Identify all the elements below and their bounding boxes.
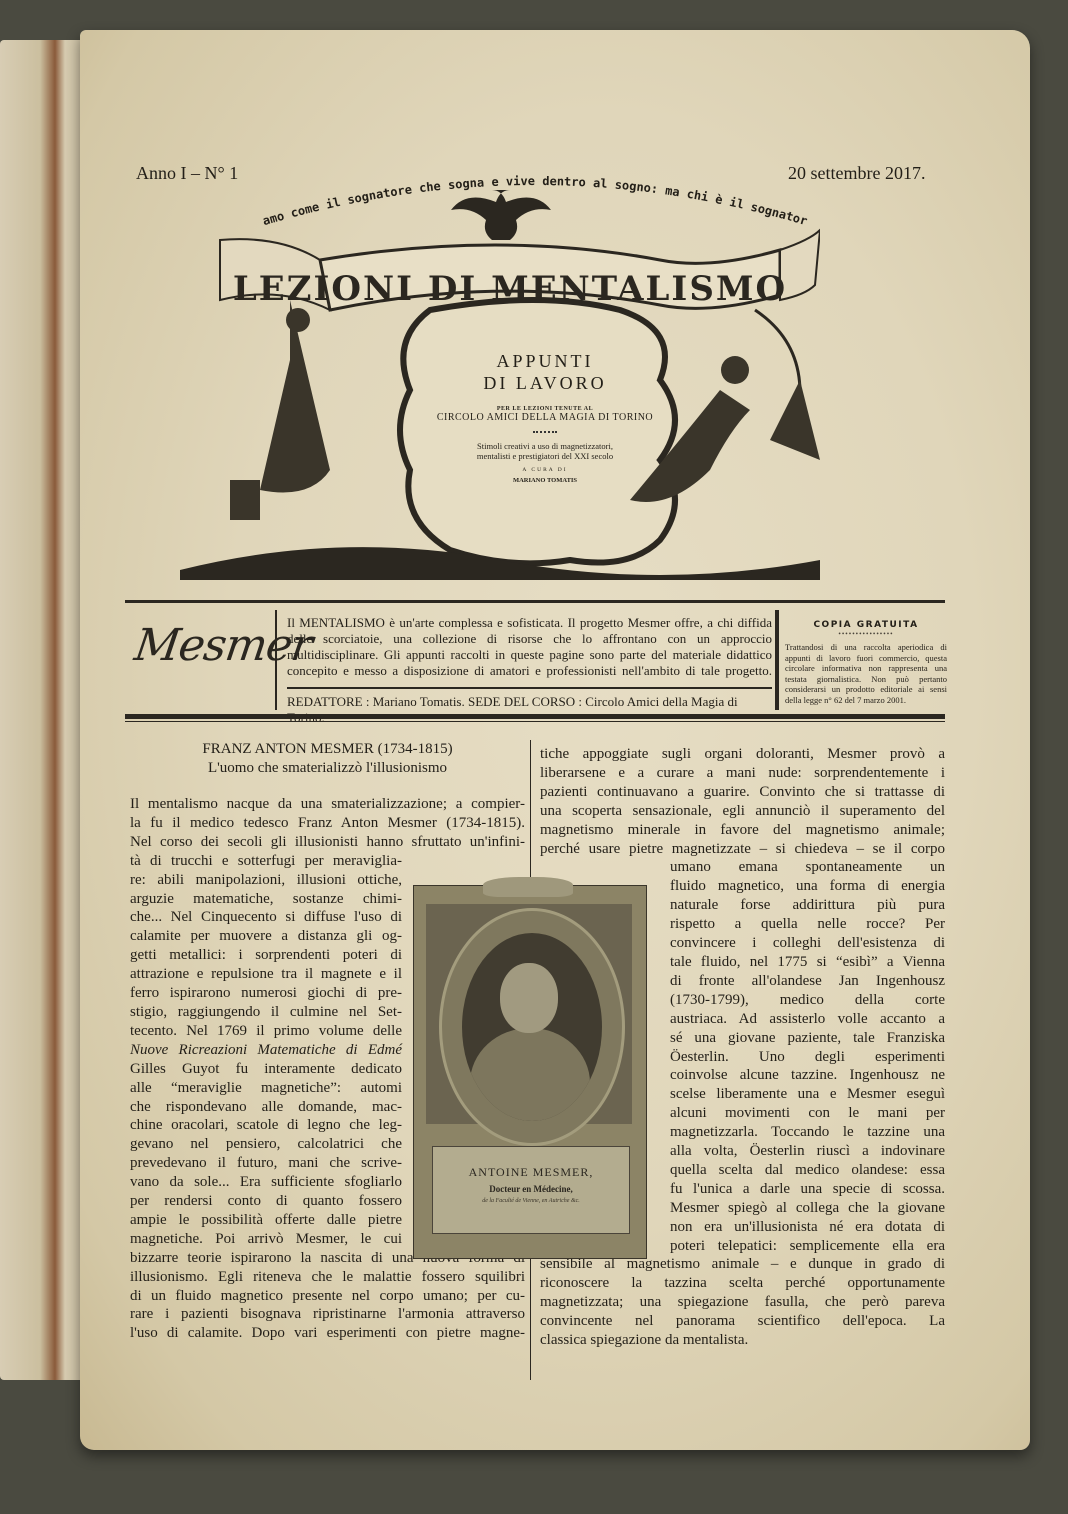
curator-name: MARIANO TOMATIS [430,477,660,484]
text-line: una scoperta sensazionale, egli annunciò… [540,802,945,821]
text-line: per rendersi conto di quanto fossero [130,1192,402,1211]
bottom-rule-thin [125,721,945,722]
stimoli-line1: Stimoli creativi a uso di magnetizzatori… [430,441,660,451]
text-line: fu l'unica a darle una specie di scossa. [670,1180,945,1199]
text-line: rare i pazienti bisognava ripristinarne … [130,1305,525,1324]
text-line: austriaca. Ad assisterlo volle accanto a [670,1010,945,1029]
text-line: che... Nel Cinquecento si diffuse l'uso … [130,908,402,927]
portrait-name: ANTOINE MESMER, [433,1165,629,1180]
ornament-dots: •••••••••••••••• [785,630,947,638]
text-line: stigio, raggiungendo il culmine nel Set- [130,1003,402,1022]
text-line: di un fluido magnetico presente nel corp… [130,1287,525,1306]
article-heading: FRANZ ANTON MESMER (1734-1815) L'uomo ch… [130,740,525,778]
redattore-label: REDATTORE [287,694,363,709]
text-line: tiche appoggiate sugli organi doloranti,… [540,745,945,764]
intro-line: Il MENTALISMO è un'arte complessa e sofi… [287,615,772,631]
portrait-plaque: ANTOINE MESMER, Docteur en Médecine, de … [432,1146,630,1234]
intro-line: delle scorciatoie, una collezione di ris… [287,631,772,647]
text-line: alle “meraviglie magnetiche”: automi [130,1079,402,1098]
text-line: chine oracolari, scatole di legno che le… [130,1116,402,1135]
text-line: magnetiche. Poi arrivò Mesmer, le cui [130,1230,402,1249]
text-line: quella scelta dal medico olandese: essa [670,1161,945,1180]
eagle-icon [451,190,551,240]
copia-gratuita-box: COPIA GRATUITA •••••••••••••••• Trattand… [785,620,947,705]
text-line: Gilles Guyot fu interamente dedicato [130,1060,402,1079]
text-line: alla volta, Öesterlin riuscì a indovinar… [670,1142,945,1161]
text-line: calamite per muovere a distanza gli og- [130,927,402,946]
circolo-name: CIRCOLO AMICI DELLA MAGIA DI TORINO [430,412,660,423]
portrait-subtitle: de la Faculté de Vienne, en Autriche &c. [433,1198,629,1204]
text-line: tecento. Nel 1769 il primo volume delle [130,1022,402,1041]
text-line: ampie le possibilità offerte dalle pietr… [130,1211,402,1230]
text-line: illusionismo. Egli riteneva che le malat… [130,1268,525,1287]
top-rule [125,600,945,603]
mesmer-portrait: ANTOINE MESMER, Docteur en Médecine, de … [413,877,645,1257]
text-line: gevano nel pensiero, calcolatrici che [130,1135,402,1154]
text-line: classica spiegazione da mentalista. [540,1331,945,1350]
intro-rule [287,687,772,689]
vertical-rule [275,610,277,710]
text-line: scelse liberamente una e Mesmer eseguì [670,1085,945,1104]
text-line: alcuni movimenti con le mani per [670,1104,945,1123]
text-line: naturale forse addirittura più pura [670,896,945,915]
text-line: tà di trucchi e sotterfugi per meravigli… [130,852,402,871]
text-line: Mesmer spiegò al collega che la giovane [670,1199,945,1218]
text-line: umano emana spontaneamente un [670,858,945,877]
subtitle-line2: DI LAVORO [430,372,660,394]
redattore-name: Mariano Tomatis. [373,694,465,709]
project-intro: Il MENTALISMO è un'arte complessa e sofi… [287,615,772,679]
text-line: magnetizzarla. Toccando le tazzine una [670,1123,945,1142]
sede-label: SEDE DEL CORSO [468,694,575,709]
intro-line: multidisciplinare. Gli appunti raccolti … [287,647,772,663]
text-line: poteri telepatici: semplicemente ella er… [670,1237,945,1256]
copia-title: COPIA GRATUITA [785,620,947,630]
stimoli-line2: mentalisti e prestigiatori del XXI secol… [430,451,660,461]
portrait-frame: ANTOINE MESMER, Docteur en Médecine, de … [413,885,647,1259]
text-line: che rispondevano alle domande, mac- [130,1098,402,1117]
copia-body: Trattandosi di una raccolta aperiodica d… [785,642,947,705]
text-line: ferro ispirarono numerosi giochi di pre- [130,984,402,1003]
ornament-divider [533,431,557,433]
text-line: fluido magnetico, una forma di energia [670,877,945,896]
text-line: convincere i colleghi dell'esistenza di [670,934,945,953]
text-line: prevedevano il futuro, mani che scrive- [130,1154,402,1173]
text-line: arguzie matematiche, sostanze chimi- [130,890,402,909]
text-line: l'uso di calamite. Dopo vari esperimenti… [130,1324,525,1343]
text-line: attrazione e repulsione tra il magnete e… [130,965,402,984]
text-line: (1730-1799), medico della corte [670,991,945,1010]
text-line: getti metallici: i sorprendenti poteri d… [130,946,402,965]
text-line: perché usare pietre magnetizzate – si ch… [540,840,945,859]
wizard-figure [230,300,330,520]
article-subtitle: L'uomo che smaterializzò l'illusionismo [130,759,525,778]
portrait-oval [439,908,625,1146]
text-line: Öesterlin. Uno degli esperimenti [670,1048,945,1067]
a-cura-di: A CURA DI [430,467,660,473]
subtitle-line1: APPUNTI [430,350,660,372]
text-line: Nuove Ricreazioni Matematiche di Edmé [130,1041,402,1060]
text-line: liberarsene e a curare a mani nude: sorp… [540,764,945,783]
text-line: sé una giovane paziente, tale Franziska [670,1029,945,1048]
ribbon-bow-icon [483,877,573,897]
text-line: rispetto a quella nelle rocce? Per [670,915,945,934]
text-line: magnetizzata; una spiegazione fasulla, c… [540,1293,945,1312]
bottom-rule [125,714,945,719]
text-line: la fu il medico tedesco Franz Anton Mesm… [130,814,525,833]
text-line: pazienti continuavano a guarire. Convint… [540,783,945,802]
text-line: magnetismo minerale in favore del magnet… [540,821,945,840]
text-line: convincente nel panorama scientifico del… [540,1312,945,1331]
text-line: vano da sole... Era sufficiente sfogliar… [130,1173,402,1192]
article-title: FRANZ ANTON MESMER (1734-1815) [130,740,525,759]
text-line: Nel corso dei secoli gli illusionisti ha… [130,833,525,852]
text-line: tale fluido, nel 1775 si “esibì” a Vienn… [670,953,945,972]
intro-line: concepito e messo a disposizione di amat… [287,663,772,679]
text-line: non era un'illusionista né era dotata di [670,1218,945,1237]
text-line: Il mentalismo nacque da una smaterializz… [130,795,525,814]
text-line: coinvolse alcune tazzine. Ingenhousz ne [670,1066,945,1085]
vertical-rule-double [775,610,779,710]
portrait-head [500,963,558,1033]
text-line: re: abili manipolazioni, illusioni ottic… [130,871,402,890]
text-line: di fronte all'olandese Jan Ingenhousz [670,972,945,991]
portrait-title: Docteur en Médecine, [433,1184,629,1194]
text-line: riconoscere la tazzina scelta perché opp… [540,1274,945,1293]
masthead-cartouche: APPUNTI DI LAVORO PER LE LEZIONI TENUTE … [430,350,660,484]
